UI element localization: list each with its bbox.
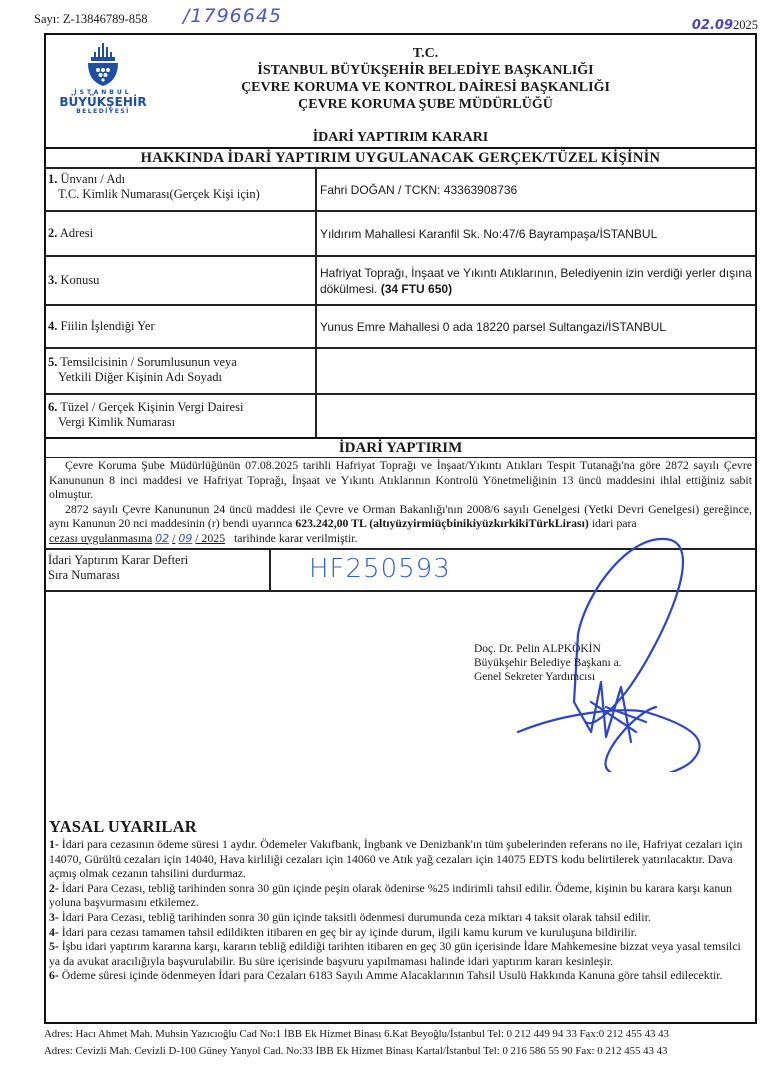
ibb-mosque-emblem-icon [86, 43, 120, 87]
row-representative-value [317, 349, 755, 393]
warning-item: 2- İdari Para Cezası, tebliğ tarihinden … [49, 881, 752, 910]
license-plate: (34 FTU 650) [381, 282, 452, 296]
signature-scribble-icon [46, 532, 759, 772]
legal-warnings: YASAL UYARILAR 1- İdari para cezasının ö… [46, 817, 755, 983]
row-location: 4. Fiilin İşlendiği Yer Yunus Emre Mahal… [46, 304, 755, 347]
row-location-label: 4. Fiilin İşlendiği Yer [46, 306, 317, 347]
row-tax-office: 6. Tüzel / Gerçek Kişinin Vergi Dairesi … [46, 393, 755, 437]
ibb-logo: İSTANBUL BÜYÜKŞEHİR BELEDİYESİ [58, 43, 148, 115]
row-tax-office-value [317, 395, 755, 437]
row-address-label: 2. Adresi [46, 212, 317, 255]
sanction-paragraph-2: 2872 sayılı Çevre Kanununun 24 üncü madd… [49, 502, 752, 531]
subject-band: HAKKINDA İDARİ YAPTIRIM UYGULANACAK GERÇ… [46, 147, 755, 167]
decision-form: İSTANBUL BÜYÜKŞEHİR BELEDİYESİ T.C. İSTA… [44, 33, 757, 1024]
row-name-value: Fahri DOĞAN / TCKN: 43363908736 [317, 169, 755, 210]
signature-block: Doç. Dr. Pelin ALPKÖKİN Büyükşehir Beled… [46, 592, 755, 817]
row-tax-office-label: 6. Tüzel / Gerçek Kişinin Vergi Dairesi … [46, 395, 317, 437]
warning-item: 3- İdari Para Cezası, tebliğ tarihinden … [49, 910, 752, 925]
title-municipality: İSTANBUL BÜYÜKŞEHİR BELEDİYE BAŞKANLIĞI [176, 62, 675, 79]
row-subject-value: Hafriyat Toprağı, İnşaat ve Yıkıntı Atık… [317, 257, 755, 304]
signatory: Doç. Dr. Pelin ALPKÖKİN Büyükşehir Beled… [474, 642, 622, 684]
row-name: 1. Ünvanı / Adı T.C. Kimlik Numarası(Ger… [46, 167, 755, 210]
signatory-name: Doç. Dr. Pelin ALPKÖKİN [474, 642, 622, 656]
document-date: 02.092025 [692, 18, 758, 33]
handwritten-registry-number: /1796645 [183, 5, 282, 27]
footer-address-1: Adres: Hacı Ahmet Mah. Muhsin Yazıcıoğlu… [44, 1026, 669, 1043]
institution-titles: T.C. İSTANBUL BÜYÜKŞEHİR BELEDİYE BAŞKAN… [176, 45, 675, 113]
title-department: ÇEVRE KORUMA VE KONTROL DAİRESİ BAŞKANLI… [176, 79, 675, 96]
row-name-label: 1. Ünvanı / Adı T.C. Kimlik Numarası(Ger… [46, 169, 317, 210]
decision-title: İDARİ YAPTIRIM KARARI [46, 129, 755, 147]
signatory-title-1: Büyükşehir Belediye Başkanı a. [474, 656, 622, 670]
document-number: Sayı: Z-13846789-858 [34, 12, 148, 27]
warning-item: 5- İşbu idari yaptırım kararına karşı, k… [49, 939, 752, 968]
row-representative-label: 5. Temsilcisinin / Sorumlusunun veya Yet… [46, 349, 317, 393]
logo-line-2: BÜYÜKŞEHİR [58, 96, 148, 108]
handwritten-date: 02.09 [692, 18, 733, 33]
sanction-title: İDARİ YAPTIRIM [46, 437, 755, 457]
title-tc: T.C. [176, 45, 675, 62]
letterhead: İSTANBUL BÜYÜKŞEHİR BELEDİYESİ T.C. İSTA… [46, 35, 755, 129]
sanction-paragraph-1: Çevre Koruma Şube Müdürlüğünün 07.08.202… [49, 458, 752, 502]
row-address-value: Yıldırım Mahallesi Karanfil Sk. No:47/6 … [317, 212, 755, 255]
warning-item: 1- İdari para cezasının ödeme süresi 1 a… [49, 837, 752, 881]
warning-item: 6- Ödeme süresi içinde ödenmeyen İdari p… [49, 968, 752, 983]
document-number-label: Sayı: Z-13846789-858 [34, 12, 148, 26]
logo-line-3: BELEDİYESİ [58, 108, 148, 115]
row-subject: 3. Konusu Hafriyat Toprağı, İnşaat ve Yı… [46, 255, 755, 304]
date-year: 2025 [733, 18, 758, 32]
title-branch: ÇEVRE KORUMA ŞUBE MÜDÜRLÜĞÜ [176, 96, 675, 113]
row-address: 2. Adresi Yıldırım Mahallesi Karanfil Sk… [46, 210, 755, 255]
fine-amount: 623.242,00 TL (altıyüzyirmiüçbinikiyüzkı… [295, 516, 588, 530]
footer-address-2: Adres: Cevizli Mah. Cevizli D-100 Güney … [44, 1043, 669, 1060]
warning-item: 4- İdari para cezası tamamen tahsil edil… [49, 925, 752, 940]
row-subject-label: 3. Konusu [46, 257, 317, 304]
signatory-title-2: Genel Sekreter Yardımcısı [474, 670, 622, 684]
legal-warnings-title: YASAL UYARILAR [49, 817, 752, 837]
row-location-value: Yunus Emre Mahallesi 0 ada 18220 parsel … [317, 306, 755, 347]
footer-addresses: Adres: Hacı Ahmet Mah. Muhsin Yazıcıoğlu… [44, 1026, 669, 1060]
row-representative: 5. Temsilcisinin / Sorumlusunun veya Yet… [46, 347, 755, 393]
